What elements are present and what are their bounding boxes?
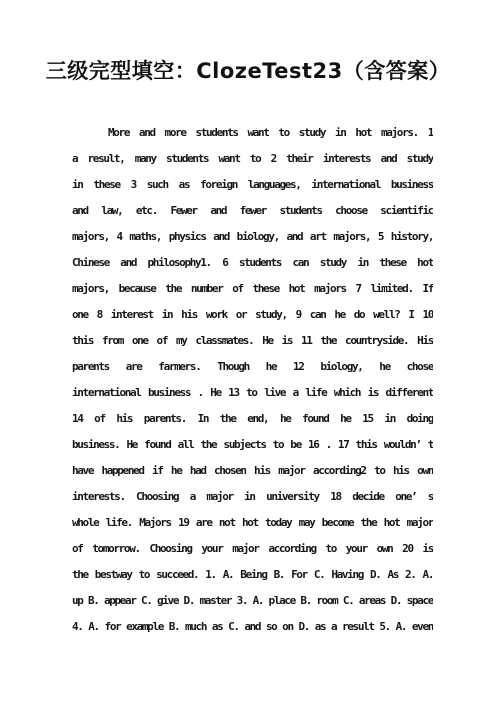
document-page: 三级完型填空：ClozeTest23（含答案） More and more st…: [0, 0, 496, 702]
passage-line: a result, many students want to 2 their …: [72, 146, 433, 172]
passage-line: international business . He 13 to live a…: [72, 380, 433, 406]
passage-line: and law, etc. Fewer and fewer students c…: [72, 198, 433, 224]
passage-line: 4. A. for example B. much as C. and so o…: [72, 614, 433, 640]
passage-line: one 8 interest in his work or study, 9 c…: [72, 302, 433, 328]
passage-line: up B. appear C. give D. master 3. A. pla…: [72, 588, 433, 614]
passage-line: More and more students want to study in …: [72, 120, 433, 146]
passage-line: 14 of his parents. In the end, he found …: [72, 406, 433, 432]
passage-line: interests. Choosing a major in universit…: [72, 484, 433, 510]
passage-line: parents are farmers. Though he 12 biolog…: [72, 354, 433, 380]
cloze-passage: More and more students want to study in …: [72, 120, 433, 640]
passage-line: of tomorrow. Choosing your major accordi…: [72, 536, 433, 562]
passage-line: Chinese and philosophy1. 6 students can …: [72, 250, 433, 276]
passage-line: have happened if he had chosen his major…: [72, 458, 433, 484]
document-title: 三级完型填空：ClozeTest23（含答案）: [0, 55, 496, 85]
passage-line: majors, because the number of these hot …: [72, 276, 433, 302]
passage-line: majors, 4 maths, physics and biology, an…: [72, 224, 433, 250]
passage-line: the bestway to succeed. 1. A. Being B. F…: [72, 562, 433, 588]
passage-line: this from one of my classmates. He is 11…: [72, 328, 433, 354]
passage-line: in these 3 such as foreign languages, in…: [72, 172, 433, 198]
passage-line: whole life. Majors 19 are not hot today …: [72, 510, 433, 536]
passage-line: business. He found all the subjects to b…: [72, 432, 433, 458]
